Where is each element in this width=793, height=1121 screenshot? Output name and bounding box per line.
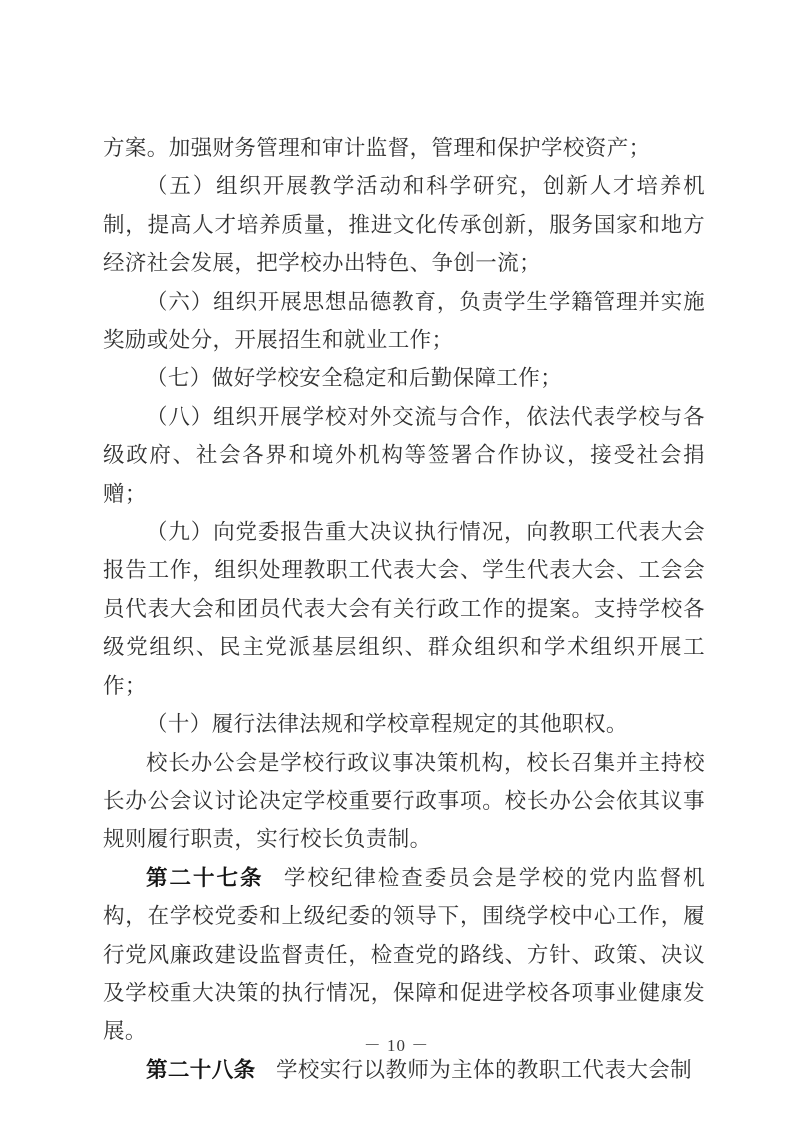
body-paragraph: （九）向党委报告重大决议执行情况，向教职工代表大会报告工作，组织处理教职工代表大… xyxy=(103,513,705,705)
body-paragraph: （八）组织开展学校对外交流与合作，依法代表学校与各级政府、社会各界和境外机构等签… xyxy=(103,398,705,513)
article-number-label: 第二十八条 xyxy=(146,1058,256,1082)
body-paragraph: （五）组织开展教学活动和科学研究，创新人才培养机制，提高人才培养质量，推进文化传… xyxy=(103,167,705,282)
article-text: 学校纪律检查委员会是学校的党内监督机构，在学校党委和上级纪委的领导下，围绕学校中… xyxy=(103,866,705,1044)
body-paragraph: （十）履行法律法规和学校章程规定的其他职权。 xyxy=(103,705,705,743)
article-number-label: 第二十七条 xyxy=(146,866,263,890)
page-number: － 10 － xyxy=(0,1031,793,1056)
document-page: 方案。加强财务管理和审计监督，管理和保护学校资产； （五）组织开展教学活动和科学… xyxy=(0,0,793,1121)
document-body: 方案。加强财务管理和审计监督，管理和保护学校资产； （五）组织开展教学活动和科学… xyxy=(103,129,705,1089)
body-paragraph: （六）组织开展思想品德教育，负责学生学籍管理并实施奖励或处分，开展招生和就业工作… xyxy=(103,283,705,360)
body-paragraph: 校长办公会是学校行政议事决策机构，校长召集并主持校长办公会议讨论决定学校重要行政… xyxy=(103,744,705,859)
article-text: 学校实行以教师为主体的教职工代表大会制 xyxy=(276,1058,692,1082)
body-paragraph: 第二十七条学校纪律检查委员会是学校的党内监督机构，在学校党委和上级纪委的领导下，… xyxy=(103,859,705,1051)
body-paragraph: 方案。加强财务管理和审计监督，管理和保护学校资产； xyxy=(103,129,705,167)
body-paragraph: （七）做好学校安全稳定和后勤保障工作； xyxy=(103,359,705,397)
body-paragraph: 第二十八条学校实行以教师为主体的教职工代表大会制 xyxy=(103,1051,705,1089)
